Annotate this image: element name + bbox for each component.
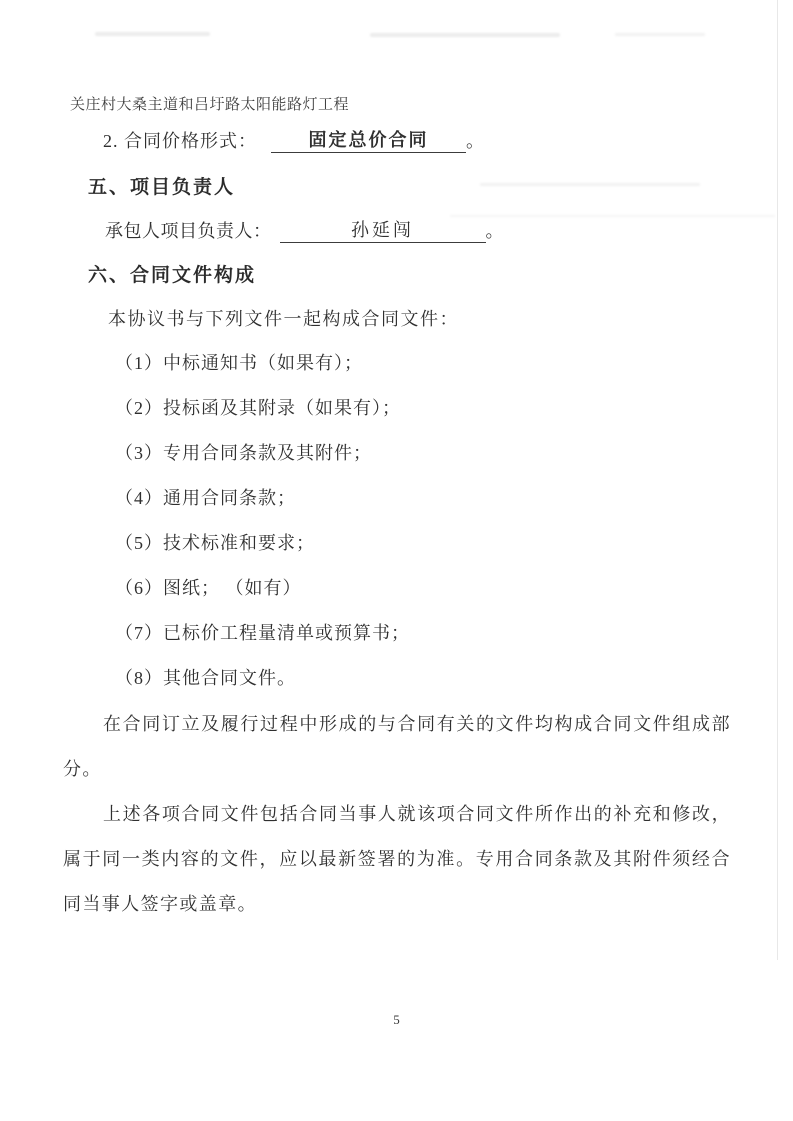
list-item: （2）投标函及其附录（如果有）； — [115, 386, 410, 431]
project-manager-line: 承包人项目负责人：孙延闯。 — [105, 217, 504, 243]
list-item: （6）图纸； （如有） — [115, 566, 410, 611]
list-item: （1）中标通知书（如果有）； — [115, 341, 410, 386]
scan-smudge — [480, 183, 700, 186]
project-manager-fill-in-name: 孙延闯 — [280, 218, 486, 243]
list-item: （4）通用合同条款； — [115, 476, 410, 521]
section-6-heading: 六、合同文件构成 — [88, 260, 256, 287]
list-item: （5）技术标准和要求； — [115, 521, 410, 566]
contract-documents-intro: 本协议书与下列文件一起构成合同文件： — [108, 305, 459, 331]
list-item: （8）其他合同文件。 — [115, 656, 410, 701]
project-manager-period: 。 — [486, 221, 505, 241]
paragraph-supplements-and-amendments: 上述各项合同文件包括合同当事人就该项合同文件所作出的补充和修改，属于同一类内容的… — [63, 792, 731, 927]
scan-smudge — [95, 32, 210, 36]
price-form-fill-in-value: 固定总价合同 — [271, 128, 466, 153]
list-item: （3）专用合同条款及其附件； — [115, 431, 410, 476]
scan-smudge — [370, 33, 560, 37]
list-item: （7）已标价工程量清单或预算书； — [115, 611, 410, 656]
section-5-heading: 五、项目负责人 — [88, 172, 235, 199]
document-header-project-name: 关庄村大桑主道和吕圩路太阳能路灯工程 — [70, 93, 349, 114]
clause-price-form-label: 2. 合同价格形式： — [103, 131, 257, 151]
page-number: 5 — [0, 1012, 793, 1028]
paragraph-contract-file-composition: 在合同订立及履行过程中形成的与合同有关的文件均构成合同文件组成部分。 — [63, 702, 731, 792]
contract-documents-list: （1）中标通知书（如果有）； （2）投标函及其附录（如果有）； （3）专用合同条… — [115, 341, 410, 701]
clause-price-form-line: 2. 合同价格形式：固定总价合同。 — [103, 127, 485, 153]
clause-price-period: 。 — [466, 131, 485, 151]
scan-edge-line — [777, 0, 778, 960]
contract-document-page: 关庄村大桑主道和吕圩路太阳能路灯工程 2. 合同价格形式：固定总价合同。 五、项… — [0, 0, 793, 1121]
scan-smudge — [615, 33, 705, 36]
project-manager-label: 承包人项目负责人： — [105, 221, 272, 241]
